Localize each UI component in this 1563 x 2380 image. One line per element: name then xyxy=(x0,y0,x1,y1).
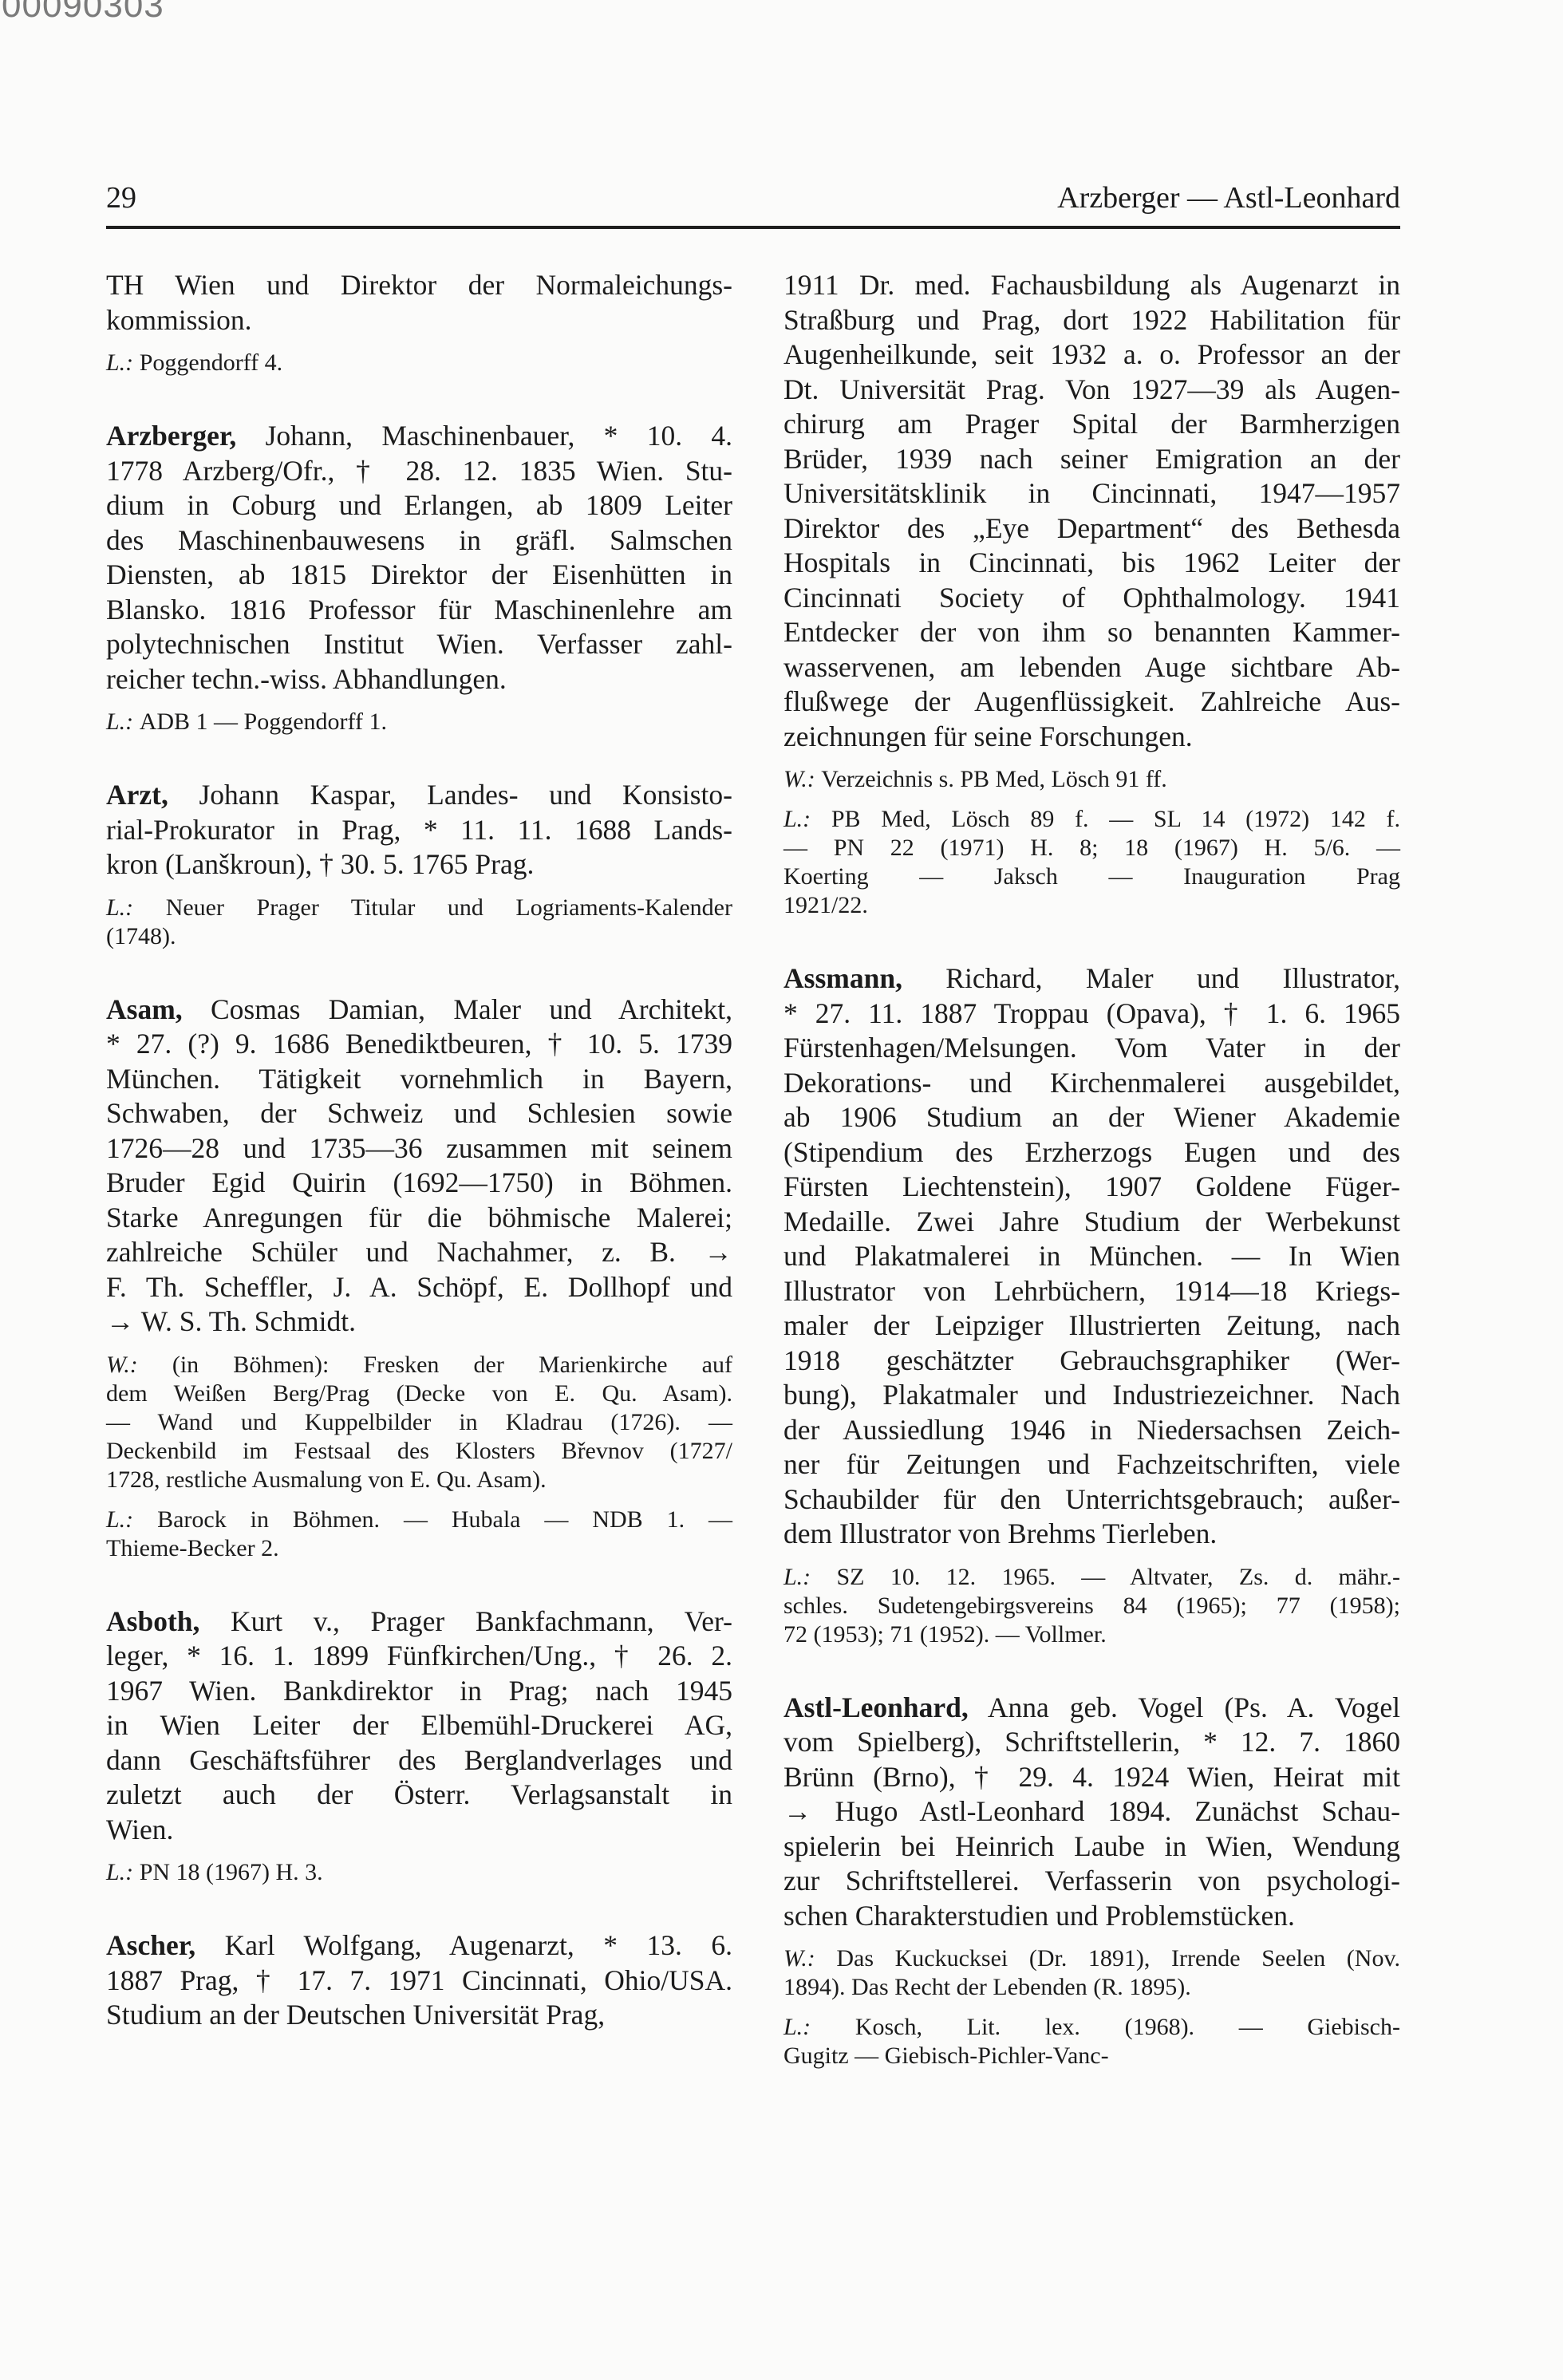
literature-note: L.: SZ 10. 12. 1965. — Altvater, Zs. d. … xyxy=(783,1563,1400,1649)
line-text: Straßburg und Prag, dort 1922 Habilitati… xyxy=(783,304,1400,336)
line-text: (Stipendium des Erzherzogs Eugen und des xyxy=(783,1136,1400,1168)
line-text: zeichnungen für seine Forschungen. xyxy=(783,720,1193,752)
text-line: rial-Prokurator in Prag, * 11. 11. 1688 … xyxy=(106,813,732,848)
line-text: Johann Kaspar, Landes- und Konsisto- xyxy=(168,779,732,811)
text-line: Cincinnati Society of Ophthalmology. 194… xyxy=(783,581,1400,616)
note-text: Thieme-Becker 2. xyxy=(106,1535,279,1561)
header-rule xyxy=(106,226,1400,229)
note-text: dem Weißen Berg/Prag (Decke von E. Qu. A… xyxy=(106,1380,732,1407)
note-text: Gugitz — Giebisch-Pichler-Vanc- xyxy=(783,2043,1109,2069)
text-line: ab 1906 Studium an der Wiener Akademie xyxy=(783,1100,1400,1135)
line-text: Schwaben, der Schweiz und Schlesien sowi… xyxy=(106,1097,732,1129)
line-text: maler der Leipziger Illustrierten Zeitun… xyxy=(783,1309,1400,1341)
note-line: (1748). xyxy=(106,922,732,951)
scan-id: 00090303 xyxy=(2,0,164,26)
note-line: Deckenbild im Festsaal des Klosters Břev… xyxy=(106,1437,732,1466)
note-label: L.: xyxy=(783,806,831,832)
text-line: ner für Zeitungen und Fachzeitschriften,… xyxy=(783,1447,1400,1482)
line-text: Kurt v., Prager Bankfachmann, Ver- xyxy=(199,1605,732,1637)
line-text: Wien. xyxy=(106,1814,173,1845)
line-text: 1911 Dr. med. Fachausbildung als Augenar… xyxy=(783,269,1400,301)
text-line: → W. S. Th. Schmidt. xyxy=(106,1304,732,1340)
text-line: 1911 Dr. med. Fachausbildung als Augenar… xyxy=(783,268,1400,303)
line-text: 1887 Prag, † 17. 7. 1971 Cincinnati, Ohi… xyxy=(106,1964,732,1996)
text-line: 1887 Prag, † 17. 7. 1971 Cincinnati, Ohi… xyxy=(106,1964,732,1999)
text-line: * 27. 11. 1887 Troppau (Opava), † 1. 6. … xyxy=(783,997,1400,1032)
note-text: (1748). xyxy=(106,923,176,949)
entry-lemma: Astl-Leonhard, xyxy=(783,1691,969,1723)
note-label: L.: xyxy=(783,2014,855,2040)
line-text: des Maschinenbauwesens in gräfl. Salmsch… xyxy=(106,524,732,556)
line-text: Cincinnati Society of Ophthalmology. 194… xyxy=(783,582,1400,614)
entry-lemma: Ascher, xyxy=(106,1929,195,1961)
entry-spacer xyxy=(783,1649,1400,1691)
lexicon-entry: Astl-Leonhard, Anna geb. Vogel (Ps. A. V… xyxy=(783,1691,1400,2071)
line-text: * 27. (?) 9. 1686 Benediktbeuren, † 10. … xyxy=(106,1028,732,1060)
line-text: Blansko. 1816 Professor für Maschinenleh… xyxy=(106,594,732,626)
note-line: — Wand und Kuppelbilder in Kladrau (1726… xyxy=(106,1408,732,1437)
text-line: Fürstenhagen/Melsungen. Vom Vater in der xyxy=(783,1031,1400,1066)
literature-note: L.: Neuer Prager Titular und Logriaments… xyxy=(106,894,732,951)
line-text: Illustrator von Lehrbüchern, 1914—18 Kri… xyxy=(783,1275,1400,1307)
line-text: Starke Anregungen für die böhmische Male… xyxy=(106,1202,732,1233)
line-text: München. Tätigkeit vornehmlich in Bayern… xyxy=(106,1063,732,1095)
line-text: Anna geb. Vogel (Ps. A. Vogel xyxy=(969,1691,1400,1723)
line-text: wasservenen, am lebenden Auge sichtbare … xyxy=(783,651,1400,683)
line-text: chirurg am Prager Spital der Barmherzige… xyxy=(783,408,1400,440)
line-text: Studium an der Deutschen Universität Pra… xyxy=(106,1999,605,2031)
line-text: dann Geschäftsführer des Berglandverlage… xyxy=(106,1744,732,1776)
note-line: 1921/22. xyxy=(783,891,1400,920)
works-note: W.: (in Böhmen): Fresken der Marienkirch… xyxy=(106,1351,732,1494)
note-text: PB Med, Lösch 89 f. — SL 14 (1972) 142 f… xyxy=(831,806,1400,832)
note-text: ADB 1 — Poggendorff 1. xyxy=(140,708,387,735)
line-text: kron (Lanškroun), † 30. 5. 1765 Prag. xyxy=(106,848,534,880)
line-text: Brüder, 1939 nach seiner Emigration an d… xyxy=(783,443,1400,475)
text-line: dann Geschäftsführer des Berglandverlage… xyxy=(106,1743,732,1778)
text-line: Assmann, Richard, Maler und Illustrator, xyxy=(783,961,1400,997)
text-line: zuletzt auch der Österr. Verlagsanstalt … xyxy=(106,1778,732,1813)
note-label: L.: xyxy=(106,349,140,376)
lexicon-entry: Asam, Cosmas Damian, Maler und Architekt… xyxy=(106,993,732,1563)
text-line: → Hugo Astl-Leonhard 1894. Zunächst Scha… xyxy=(783,1794,1400,1829)
lexicon-entry: Arzt, Johann Kaspar, Landes- und Konsist… xyxy=(106,778,732,951)
line-text: polytechnischen Institut Wien. Verfasser… xyxy=(106,628,732,660)
line-text: ab 1906 Studium an der Wiener Akademie xyxy=(783,1101,1400,1133)
entry-spacer xyxy=(106,951,732,993)
left-column: TH Wien und Direktor der Normaleichungs-… xyxy=(106,268,732,2033)
text-line: und Plakatmalerei in München. — In Wien xyxy=(783,1239,1400,1274)
continued-entry: TH Wien und Direktor der Normaleichungs-… xyxy=(106,268,732,377)
literature-note: L.: PN 18 (1967) H. 3. xyxy=(106,1858,732,1887)
note-text: PN 18 (1967) H. 3. xyxy=(140,1859,323,1885)
text-line: München. Tätigkeit vornehmlich in Bayern… xyxy=(106,1062,732,1097)
page-number: 29 xyxy=(106,180,136,215)
note-label: W.: xyxy=(783,1945,836,1971)
note-text: schles. Sudetengebirgsvereins 84 (1965);… xyxy=(783,1593,1400,1619)
text-line: Studium an der Deutschen Universität Pra… xyxy=(106,1998,732,2033)
text-line: bung), Plakatmaler und Industriezeichner… xyxy=(783,1378,1400,1413)
literature-note: L.: Poggendorff 4. xyxy=(106,349,732,377)
line-text: vom Spielberg), Schriftstellerin, * 12. … xyxy=(783,1726,1400,1758)
line-text: * 27. 11. 1887 Troppau (Opava), † 1. 6. … xyxy=(783,997,1400,1029)
note-line: schles. Sudetengebirgsvereins 84 (1965);… xyxy=(783,1592,1400,1620)
line-text: Karl Wolfgang, Augenarzt, * 13. 6. xyxy=(195,1929,732,1961)
entry-spacer xyxy=(106,377,732,419)
text-line: chirurg am Prager Spital der Barmherzige… xyxy=(783,407,1400,442)
note-line: W.: (in Böhmen): Fresken der Marienkirch… xyxy=(106,1351,732,1379)
note-text: 1728, restliche Ausmalung von E. Qu. Asa… xyxy=(106,1466,547,1493)
text-line: Universitätsklinik in Cincinnati, 1947—1… xyxy=(783,476,1400,511)
line-text: zahlreiche Schüler und Nachahmer, z. B. … xyxy=(106,1236,732,1268)
text-line: Entdecker der von ihm so benannten Kamme… xyxy=(783,615,1400,650)
note-text: Das Kuckucksei (Dr. 1891), Irrende Seele… xyxy=(836,1945,1400,1971)
text-line: 1726—28 und 1735—36 zusammen mit seinem xyxy=(106,1131,732,1166)
works-note: W.: Verzeichnis s. PB Med, Lösch 91 ff. xyxy=(783,765,1400,794)
entry-spacer xyxy=(106,1563,732,1604)
line-text: bung), Plakatmaler und Industriezeichner… xyxy=(783,1379,1400,1411)
running-title: Arzberger — Astl-Leonhard xyxy=(1057,180,1400,215)
text-line: der Aussiedlung 1946 in Niedersachsen Ze… xyxy=(783,1413,1400,1448)
line-text: Universitätsklinik in Cincinnati, 1947—1… xyxy=(783,477,1400,509)
text-line: maler der Leipziger Illustrierten Zeitun… xyxy=(783,1308,1400,1344)
line-text: und Plakatmalerei in München. — In Wien xyxy=(783,1240,1400,1272)
note-line: 72 (1953); 71 (1952). — Vollmer. xyxy=(783,1620,1400,1649)
line-text: rial-Prokurator in Prag, * 11. 11. 1688 … xyxy=(106,814,732,846)
note-label: L.: xyxy=(106,894,166,921)
note-label: L.: xyxy=(106,708,140,735)
line-text: zuletzt auch der Österr. Verlagsanstalt … xyxy=(106,1778,732,1810)
running-head: 29 Arzberger — Astl-Leonhard xyxy=(106,180,1400,219)
entry-lemma: Assmann, xyxy=(783,962,902,994)
note-line: W.: Das Kuckucksei (Dr. 1891), Irrende S… xyxy=(783,1944,1400,1973)
right-column: 1911 Dr. med. Fachausbildung als Augenar… xyxy=(783,268,1400,2070)
note-text: — PN 22 (1971) H. 8; 18 (1967) H. 5/6. — xyxy=(783,835,1400,861)
entry-lemma: Arzt, xyxy=(106,779,168,811)
text-line: Blansko. 1816 Professor für Maschinenleh… xyxy=(106,593,732,628)
line-text: → Hugo Astl-Leonhard 1894. Zunächst Scha… xyxy=(783,1795,1400,1827)
note-line: — PN 22 (1971) H. 8; 18 (1967) H. 5/6. — xyxy=(783,834,1400,862)
note-line: 1894). Das Recht der Lebenden (R. 1895). xyxy=(783,1973,1400,2002)
text-line: Starke Anregungen für die böhmische Male… xyxy=(106,1201,732,1236)
text-line: (Stipendium des Erzherzogs Eugen und des xyxy=(783,1135,1400,1170)
lexicon-entry: Arzberger, Johann, Maschinenbauer, * 10.… xyxy=(106,419,732,736)
text-line: Bruder Egid Quirin (1692—1750) in Böhmen… xyxy=(106,1166,732,1201)
line-text: Bruder Egid Quirin (1692—1750) in Böhmen… xyxy=(106,1166,732,1198)
text-line: Fürsten Liechtenstein), 1907 Goldene Füg… xyxy=(783,1170,1400,1205)
text-line: zahlreiche Schüler und Nachahmer, z. B. … xyxy=(106,1235,732,1270)
lexicon-entry: Asboth, Kurt v., Prager Bankfachmann, Ve… xyxy=(106,1604,732,1888)
line-text: Brünn (Brno), † 29. 4. 1924 Wien, Heirat… xyxy=(783,1761,1400,1793)
text-line: dium in Coburg und Erlangen, ab 1809 Lei… xyxy=(106,488,732,523)
works-note: W.: Das Kuckucksei (Dr. 1891), Irrende S… xyxy=(783,1944,1400,2002)
line-text: kommission. xyxy=(106,304,251,336)
text-line: Illustrator von Lehrbüchern, 1914—18 Kri… xyxy=(783,1274,1400,1309)
line-text: spielerin bei Heinrich Laube in Wien, We… xyxy=(783,1830,1400,1862)
text-line: Hospitals in Cincinnati, bis 1962 Leiter… xyxy=(783,546,1400,581)
text-line: Straßburg und Prag, dort 1922 Habilitati… xyxy=(783,303,1400,338)
text-line: Brünn (Brno), † 29. 4. 1924 Wien, Heirat… xyxy=(783,1760,1400,1795)
line-text: in Wien Leiter der Elbemühl-Druckerei AG… xyxy=(106,1709,732,1741)
note-label: L.: xyxy=(783,1564,837,1590)
note-text: Verzeichnis s. PB Med, Lösch 91 ff. xyxy=(821,766,1167,792)
line-text: Cosmas Damian, Maler und Architekt, xyxy=(183,993,732,1025)
line-text: 1778 Arzberg/Ofr., † 28. 12. 1835 Wien. … xyxy=(106,455,732,487)
line-text: der Aussiedlung 1946 in Niedersachsen Ze… xyxy=(783,1414,1400,1446)
text-line: kron (Lanškroun), † 30. 5. 1765 Prag. xyxy=(106,847,732,882)
line-text: F. Th. Scheffler, J. A. Schöpf, E. Dollh… xyxy=(106,1271,732,1303)
line-text: Fürstenhagen/Melsungen. Vom Vater in der xyxy=(783,1032,1400,1064)
note-text: Deckenbild im Festsaal des Klosters Břev… xyxy=(106,1438,732,1464)
text-line: Brüder, 1939 nach seiner Emigration an d… xyxy=(783,442,1400,477)
note-line: L.: PB Med, Lösch 89 f. — SL 14 (1972) 1… xyxy=(783,805,1400,834)
line-text: Richard, Maler und Illustrator, xyxy=(902,962,1400,994)
line-text: 1967 Wien. Bankdirektor in Prag; nach 19… xyxy=(106,1675,732,1707)
lexicon-entry: Assmann, Richard, Maler und Illustrator,… xyxy=(783,961,1400,1649)
text-line: reicher techn.-wiss. Abhandlungen. xyxy=(106,662,732,697)
note-label: L.: xyxy=(106,1859,140,1885)
note-line: dem Weißen Berg/Prag (Decke von E. Qu. A… xyxy=(106,1379,732,1408)
text-line: des Maschinenbauwesens in gräfl. Salmsch… xyxy=(106,523,732,558)
note-text: SZ 10. 12. 1965. — Altvater, Zs. d. mähr… xyxy=(837,1564,1401,1590)
line-text: zur Schriftstellerei. Verfasserin von ps… xyxy=(783,1865,1400,1897)
note-text: Neuer Prager Titular und Logriaments-Kal… xyxy=(166,894,732,921)
entry-lemma: Asam, xyxy=(106,993,183,1025)
line-text: 1918 geschätzter Gebrauchsgraphiker (Wer… xyxy=(783,1344,1400,1376)
line-text: ner für Zeitungen und Fachzeitschriften,… xyxy=(783,1448,1400,1480)
note-line: Thieme-Becker 2. xyxy=(106,1534,732,1563)
line-text: dium in Coburg und Erlangen, ab 1809 Lei… xyxy=(106,489,732,521)
line-text: Dt. Universität Prag. Von 1927—39 als Au… xyxy=(783,373,1400,405)
text-line: Augenheilkunde, seit 1932 a. o. Professo… xyxy=(783,337,1400,373)
text-line: Dt. Universität Prag. Von 1927—39 als Au… xyxy=(783,373,1400,408)
line-text: Direktor des „Eye Department“ des Bethes… xyxy=(783,512,1400,544)
text-line: 1918 geschätzter Gebrauchsgraphiker (Wer… xyxy=(783,1344,1400,1379)
literature-note: L.: Barock in Böhmen. — Hubala — NDB 1. … xyxy=(106,1506,732,1563)
text-line: spielerin bei Heinrich Laube in Wien, We… xyxy=(783,1829,1400,1865)
line-text: Diensten, ab 1815 Direktor der Eisenhütt… xyxy=(106,558,732,590)
note-text: Kosch, Lit. lex. (1968). — Giebisch- xyxy=(855,2014,1400,2040)
text-line: Astl-Leonhard, Anna geb. Vogel (Ps. A. V… xyxy=(783,1691,1400,1726)
note-label: L.: xyxy=(106,1506,157,1533)
note-label: W.: xyxy=(783,766,821,792)
note-line: L.: SZ 10. 12. 1965. — Altvater, Zs. d. … xyxy=(783,1563,1400,1592)
line-text: Johann, Maschinenbauer, * 10. 4. xyxy=(236,420,732,452)
text-line: Dekorations- und Kirchenmalerei ausgebil… xyxy=(783,1066,1400,1101)
text-line: dem Illustrator von Brehms Tierleben. xyxy=(783,1517,1400,1552)
text-line: schen Charakterstudien und Problemstücke… xyxy=(783,1899,1400,1934)
line-text: Fürsten Liechtenstein), 1907 Goldene Füg… xyxy=(783,1170,1400,1202)
note-line: L.: Neuer Prager Titular und Logriaments… xyxy=(106,894,732,922)
entry-lemma: Arzberger, xyxy=(106,420,236,452)
line-text: flußwege der Augenflüssigkeit. Zahlreich… xyxy=(783,685,1400,717)
line-text: schen Charakterstudien und Problemstücke… xyxy=(783,1900,1295,1932)
text-line: Arzt, Johann Kaspar, Landes- und Konsist… xyxy=(106,778,732,813)
line-text: leger, * 16. 1. 1899 Fünfkirchen/Ung., †… xyxy=(106,1640,732,1672)
text-line: kommission. xyxy=(106,303,732,338)
entry-spacer xyxy=(106,1887,732,1928)
text-line: TH Wien und Direktor der Normaleichungs- xyxy=(106,268,732,303)
text-line: flußwege der Augenflüssigkeit. Zahlreich… xyxy=(783,685,1400,720)
note-line: L.: Poggendorff 4. xyxy=(106,349,732,377)
text-line: Schwaben, der Schweiz und Schlesien sowi… xyxy=(106,1096,732,1131)
line-text: Dekorations- und Kirchenmalerei ausgebil… xyxy=(783,1067,1400,1099)
lexicon-entry: Ascher, Karl Wolfgang, Augenarzt, * 13. … xyxy=(106,1928,732,2033)
note-text: 1894). Das Recht der Lebenden (R. 1895). xyxy=(783,1974,1191,2000)
continued-entry: 1911 Dr. med. Fachausbildung als Augenar… xyxy=(783,268,1400,920)
text-line: Asam, Cosmas Damian, Maler und Architekt… xyxy=(106,993,732,1028)
note-line: L.: ADB 1 — Poggendorff 1. xyxy=(106,708,732,736)
entry-lemma: Asboth, xyxy=(106,1605,199,1637)
literature-note: L.: ADB 1 — Poggendorff 1. xyxy=(106,708,732,736)
line-text: dem Illustrator von Brehms Tierleben. xyxy=(783,1518,1217,1549)
text-line: * 27. (?) 9. 1686 Benediktbeuren, † 10. … xyxy=(106,1027,732,1062)
text-line: vom Spielberg), Schriftstellerin, * 12. … xyxy=(783,1725,1400,1760)
line-text: Hospitals in Cincinnati, bis 1962 Leiter… xyxy=(783,547,1400,578)
note-line: W.: Verzeichnis s. PB Med, Lösch 91 ff. xyxy=(783,765,1400,794)
literature-note: L.: Kosch, Lit. lex. (1968). — Giebisch-… xyxy=(783,2013,1400,2070)
text-line: zur Schriftstellerei. Verfasserin von ps… xyxy=(783,1864,1400,1899)
text-line: Medaille. Zwei Jahre Studium der Werbeku… xyxy=(783,1205,1400,1240)
note-text: Barock in Böhmen. — Hubala — NDB 1. — xyxy=(157,1506,732,1533)
entry-spacer xyxy=(106,736,732,778)
entry-spacer xyxy=(783,920,1400,961)
note-line: Koerting — Jaksch — Inauguration Prag xyxy=(783,862,1400,891)
text-line: polytechnischen Institut Wien. Verfasser… xyxy=(106,627,732,662)
note-text: (in Böhmen): Fresken der Marienkirche au… xyxy=(172,1352,732,1378)
line-text: Schaubilder für den Unterrichtsgebrauch;… xyxy=(783,1483,1400,1515)
line-text: Entdecker der von ihm so benannten Kamme… xyxy=(783,616,1400,648)
note-line: L.: PN 18 (1967) H. 3. xyxy=(106,1858,732,1887)
text-line: zeichnungen für seine Forschungen. xyxy=(783,720,1400,755)
text-line: Asboth, Kurt v., Prager Bankfachmann, Ve… xyxy=(106,1604,732,1640)
note-line: 1728, restliche Ausmalung von E. Qu. Asa… xyxy=(106,1466,732,1494)
note-line: L.: Barock in Böhmen. — Hubala — NDB 1. … xyxy=(106,1506,732,1534)
text-line: 1778 Arzberg/Ofr., † 28. 12. 1835 Wien. … xyxy=(106,454,732,489)
note-text: Poggendorff 4. xyxy=(140,349,282,376)
note-text: 1921/22. xyxy=(783,892,868,918)
note-text: — Wand und Kuppelbilder in Kladrau (1726… xyxy=(106,1409,732,1435)
text-line: F. Th. Scheffler, J. A. Schöpf, E. Dollh… xyxy=(106,1270,732,1305)
line-text: → W. S. Th. Schmidt. xyxy=(106,1305,356,1337)
text-line: Arzberger, Johann, Maschinenbauer, * 10.… xyxy=(106,419,732,454)
line-text: 1726—28 und 1735—36 zusammen mit seinem xyxy=(106,1132,732,1164)
line-text: Augenheilkunde, seit 1932 a. o. Professo… xyxy=(783,338,1400,370)
text-line: Ascher, Karl Wolfgang, Augenarzt, * 13. … xyxy=(106,1928,732,1964)
note-line: L.: Kosch, Lit. lex. (1968). — Giebisch- xyxy=(783,2013,1400,2042)
line-text: TH Wien und Direktor der Normaleichungs- xyxy=(106,269,732,301)
text-line: in Wien Leiter der Elbemühl-Druckerei AG… xyxy=(106,1708,732,1743)
text-line: Schaubilder für den Unterrichtsgebrauch;… xyxy=(783,1482,1400,1518)
literature-note: L.: PB Med, Lösch 89 f. — SL 14 (1972) 1… xyxy=(783,805,1400,920)
text-line: Direktor des „Eye Department“ des Bethes… xyxy=(783,511,1400,547)
line-text: reicher techn.-wiss. Abhandlungen. xyxy=(106,663,507,695)
note-label: W.: xyxy=(106,1352,172,1378)
text-line: Diensten, ab 1815 Direktor der Eisenhütt… xyxy=(106,558,732,593)
note-line: Gugitz — Giebisch-Pichler-Vanc- xyxy=(783,2042,1400,2070)
text-line: leger, * 16. 1. 1899 Fünfkirchen/Ung., †… xyxy=(106,1639,732,1674)
note-text: Koerting — Jaksch — Inauguration Prag xyxy=(783,863,1400,890)
text-line: Wien. xyxy=(106,1813,732,1848)
line-text: Medaille. Zwei Jahre Studium der Werbeku… xyxy=(783,1206,1400,1237)
text-line: wasservenen, am lebenden Auge sichtbare … xyxy=(783,650,1400,685)
note-text: 72 (1953); 71 (1952). — Vollmer. xyxy=(783,1621,1107,1648)
text-line: 1967 Wien. Bankdirektor in Prag; nach 19… xyxy=(106,1674,732,1709)
